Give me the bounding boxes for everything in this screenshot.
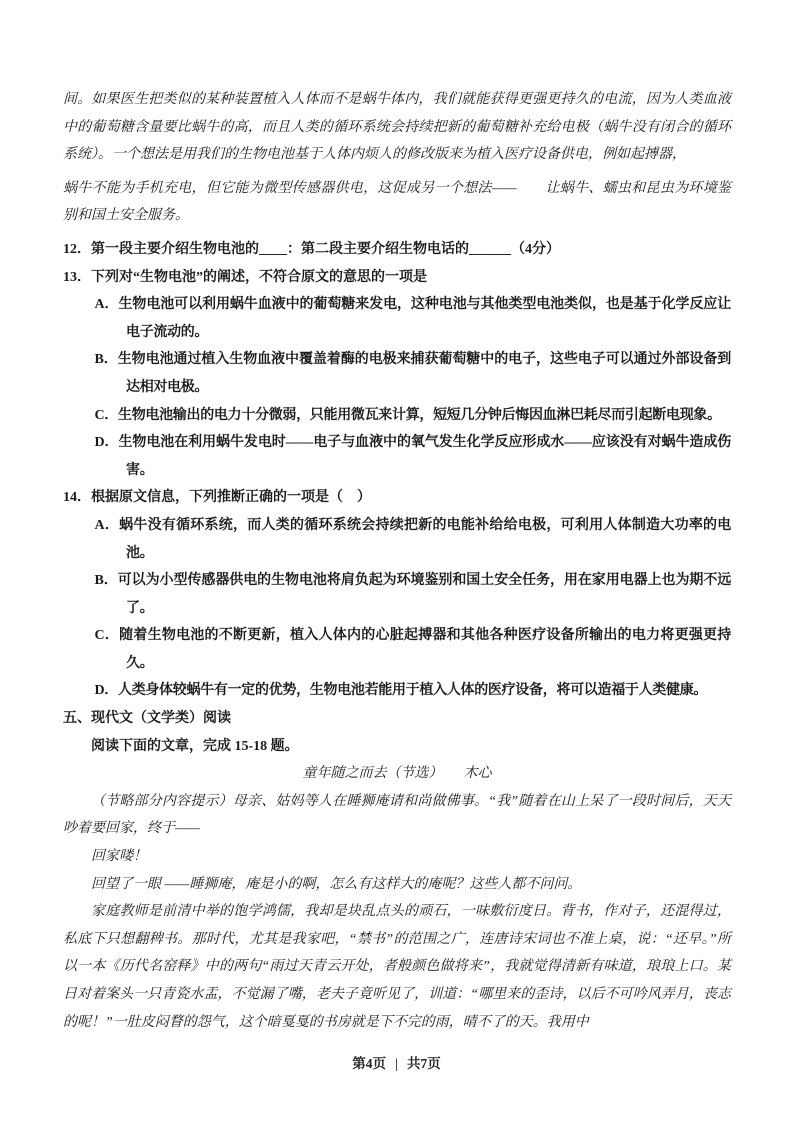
page-number-label: 第4页 [352, 1056, 386, 1071]
page-total-label: 共7页 [407, 1056, 441, 1071]
passage-intro-note: （节略部分内容提示）母亲、姑妈等人在睡狮庵请和尚做佛事。“我”随着在山上呆了一段… [63, 788, 731, 843]
question-13-option-d: D．生物电池在利用蜗牛发电时——电子与血液中的氧气发生化学反应形成水——应该没有… [126, 429, 731, 484]
page-footer-separator: | [395, 1050, 398, 1078]
question-12: 12．第一段主要介绍生物电池的____：第二段主要介绍生物电话的______（4… [63, 236, 731, 264]
passage-line-look-back: 回望了一眼 ——睡狮庵，庵是小的啊，怎么有这样大的庵呢？这些人都不问问。 [63, 871, 731, 899]
section-heading-5: 五、现代文（文学类）阅读 [63, 705, 731, 733]
question-14-option-c: C．随着生物电池的不断更新，植入人体内的心脏起搏器和其他各种医疗设备所输出的电力… [126, 622, 731, 677]
question-13-option-b: B．生物电池通过植入生物血液中覆盖着酶的电极来捕获葡萄糖中的电子，这些电子可以通… [126, 346, 731, 401]
exam-paper-page: 间。如果医生把类似的某种装置植入人体而不是蜗牛体内，我们就能获得更强更持久的电流… [0, 0, 793, 1122]
page-footer: 第4页|共7页 [0, 1050, 793, 1078]
passage-title: 童年随之而去（节选） 木心 [63, 760, 731, 788]
question-14-option-d: D．人类身体较蜗牛有一定的优势，生物电池若能用于植入人体的医疗设备，将可以造福于… [126, 677, 731, 705]
reading-instruction: 阅读下面的文章，完成 15-18 题。 [63, 733, 731, 761]
question-13-option-a: A．生物电池可以利用蜗牛血液中的葡萄糖来发电，这种电池与其他类型电池类似，也是基… [126, 291, 731, 346]
question-14-stem: 14．根据原文信息，下列推断正确的一项是（ ） [63, 484, 731, 512]
continued-paragraph: 间。如果医生把类似的某种装置植入人体而不是蜗牛体内，我们就能获得更强更持久的电流… [63, 86, 731, 169]
question-14-option-a: A．蜗牛没有循环系统，而人类的循环系统会持续把新的电能补给给电极，可利用人体制造… [126, 512, 731, 567]
passage-line-going-home: 回家喽！ [63, 843, 731, 871]
question-13-stem: 13．下列对“生物电池”的阐述，不符合原文的意思的一项是 [63, 264, 731, 292]
paragraph-snail-sensors: 蜗牛不能为手机充电，但它能为微型传感器供电，这促成另一个想法—— 让蜗牛、蠕虫和… [63, 175, 731, 230]
question-14-option-b: B．可以为小型传感器供电的生物电池将肩负起为环境鉴别和国土安全任务，用在家用电器… [126, 567, 731, 622]
passage-paragraph-tutor: 家庭教师是前清中举的饱学鸿儒，我却是块乱点头的顽石，一味敷衍度日。背书，作对子，… [63, 898, 731, 1036]
question-13-option-c: C．生物电池输出的电力十分微弱，只能用微瓦来计算，短短几分钟后悔因血淋巴耗尽而引… [126, 402, 731, 430]
